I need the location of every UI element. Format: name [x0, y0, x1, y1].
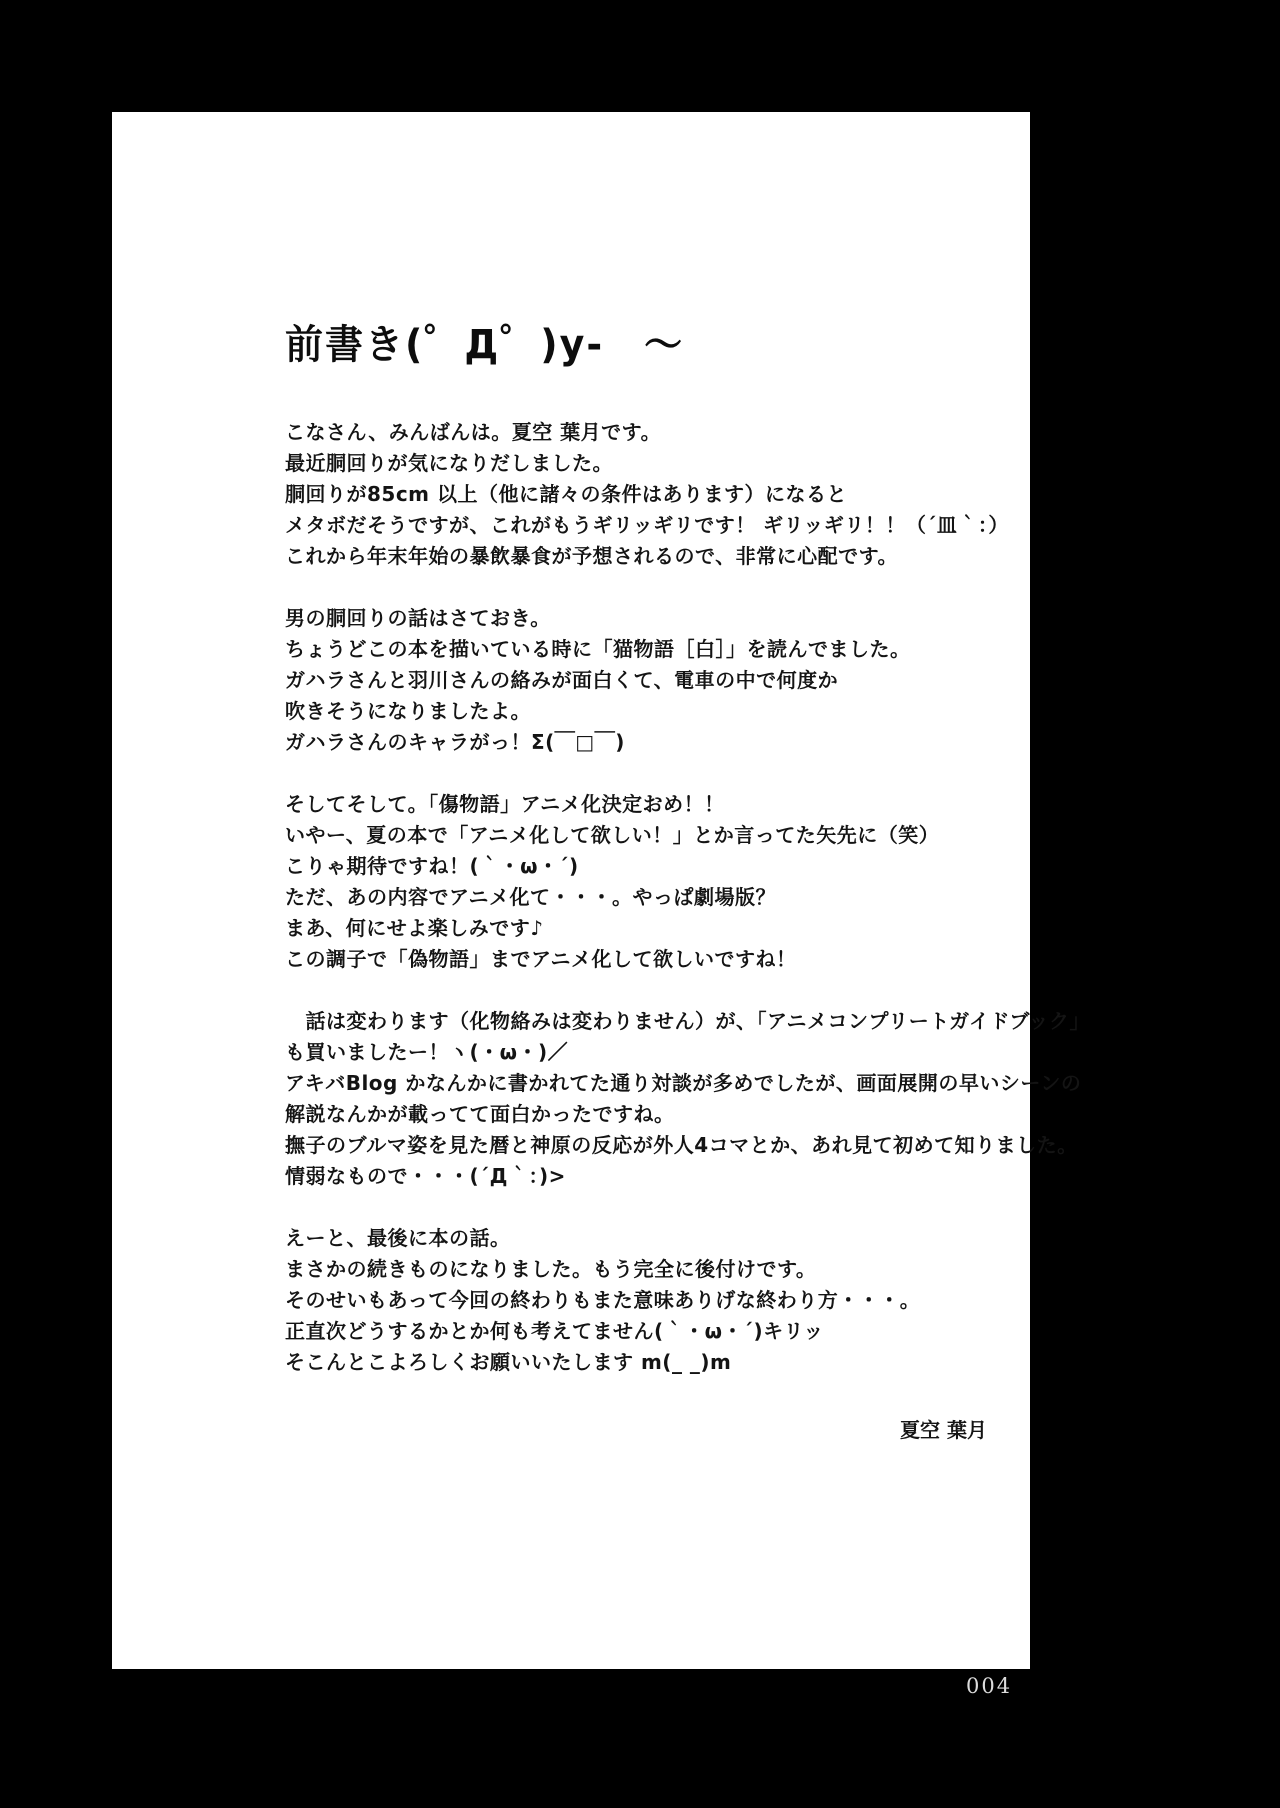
document-content: 前書き(゜Д゜)y- ～ こなさん、みんばんは。夏空 葉月です。 最近胴回りが気… — [285, 312, 1025, 1443]
text-line: 解説なんかが載ってて面白かったですね。 — [285, 1099, 1025, 1130]
text-line: も買いましたー！ヽ(・ω・)／ — [285, 1037, 1025, 1068]
paragraph-closing: えーと、最後に本の話。 まさかの続きものになりました。もう完全に後付けです。 そ… — [285, 1223, 1025, 1378]
text-line: 最近胴回りが気になりだしました。 — [285, 448, 1025, 479]
text-line: こりゃ期待ですね！(｀・ω・´) — [285, 851, 1025, 882]
text-line: 情弱なもので・・・(´Д｀：)> — [285, 1161, 1025, 1192]
text-line: 正直次どうするかとか何も考えてません(｀・ω・´)キリッ — [285, 1316, 1025, 1347]
text-line: そしてそして。「傷物語」アニメ化決定おめ！！ — [285, 789, 1025, 820]
text-line: まあ、何にせよ楽しみです♪ — [285, 913, 1025, 944]
text-line: そのせいもあって今回の終わりもまた意味ありげな終わり方・・・。 — [285, 1285, 1025, 1316]
text-line: 撫子のブルマ姿を見た暦と神原の反応が外人4コマとか、あれ見て初めて知りました。 — [285, 1130, 1025, 1161]
text-line: ガハラさんのキャラがっ！Σ(￣□￣) — [285, 727, 1025, 758]
paragraph-guidebook: 話は変わります（化物絡みは変わりません）が、「アニメコンプリートガイドブック」 … — [285, 1006, 1025, 1192]
text-line: ガハラさんと羽川さんの絡みが面白くて、電車の中で何度か — [285, 665, 1025, 696]
text-line: 吹きそうになりましたよ。 — [285, 696, 1025, 727]
text-line: そこんとこよろしくお願いいたします m(_ _)m — [285, 1347, 1025, 1378]
text-line: アキバBlog かなんかに書かれてた通り対談が多めでしたが、画面展開の早いシーン… — [285, 1068, 1025, 1099]
paragraph-intro: こなさん、みんばんは。夏空 葉月です。 最近胴回りが気になりだしました。 胴回り… — [285, 417, 1025, 572]
page-background: 前書き(゜Д゜)y- ～ こなさん、みんばんは。夏空 葉月です。 最近胴回りが気… — [0, 0, 1280, 1808]
paragraph-nekomonogatari: 男の胴回りの話はさておき。 ちょうどこの本を描いている時に「猫物語［白］」を読ん… — [285, 603, 1025, 758]
page-number: 004 — [966, 1674, 1012, 1698]
text-line: いやー、夏の本で「アニメ化して欲しい！」とか言ってた矢先に（笑） — [285, 820, 1025, 851]
text-line: ただ、あの内容でアニメ化て・・・。やっぱ劇場版？ — [285, 882, 1025, 913]
text-line: 話は変わります（化物絡みは変わりません）が、「アニメコンプリートガイドブック」 — [285, 1006, 1025, 1037]
text-line: メタボだそうですが、これがもうギリッギリです！ ギリッギリ！！（´皿｀：） — [285, 510, 1025, 541]
text-line: 男の胴回りの話はさておき。 — [285, 603, 1025, 634]
text-line: こなさん、みんばんは。夏空 葉月です。 — [285, 417, 1025, 448]
paragraph-kizumonogatari: そしてそして。「傷物語」アニメ化決定おめ！！ いやー、夏の本で「アニメ化して欲し… — [285, 789, 1025, 975]
author-signature: 夏空 葉月 — [285, 1414, 1027, 1443]
text-line: えーと、最後に本の話。 — [285, 1223, 1025, 1254]
text-line: この調子で「偽物語」までアニメ化して欲しいですね！ — [285, 944, 1025, 975]
document-sheet: 前書き(゜Д゜)y- ～ こなさん、みんばんは。夏空 葉月です。 最近胴回りが気… — [112, 112, 1030, 1669]
text-line: これから年末年始の暴飲暴食が予想されるので、非常に心配です。 — [285, 541, 1025, 572]
text-line: ちょうどこの本を描いている時に「猫物語［白］」を読んでました。 — [285, 634, 1025, 665]
page-title: 前書き(゜Д゜)y- ～ — [285, 312, 1025, 370]
text-line: まさかの続きものになりました。もう完全に後付けです。 — [285, 1254, 1025, 1285]
text-line: 胴回りが85cm 以上（他に諸々の条件はあります）になると — [285, 479, 1025, 510]
